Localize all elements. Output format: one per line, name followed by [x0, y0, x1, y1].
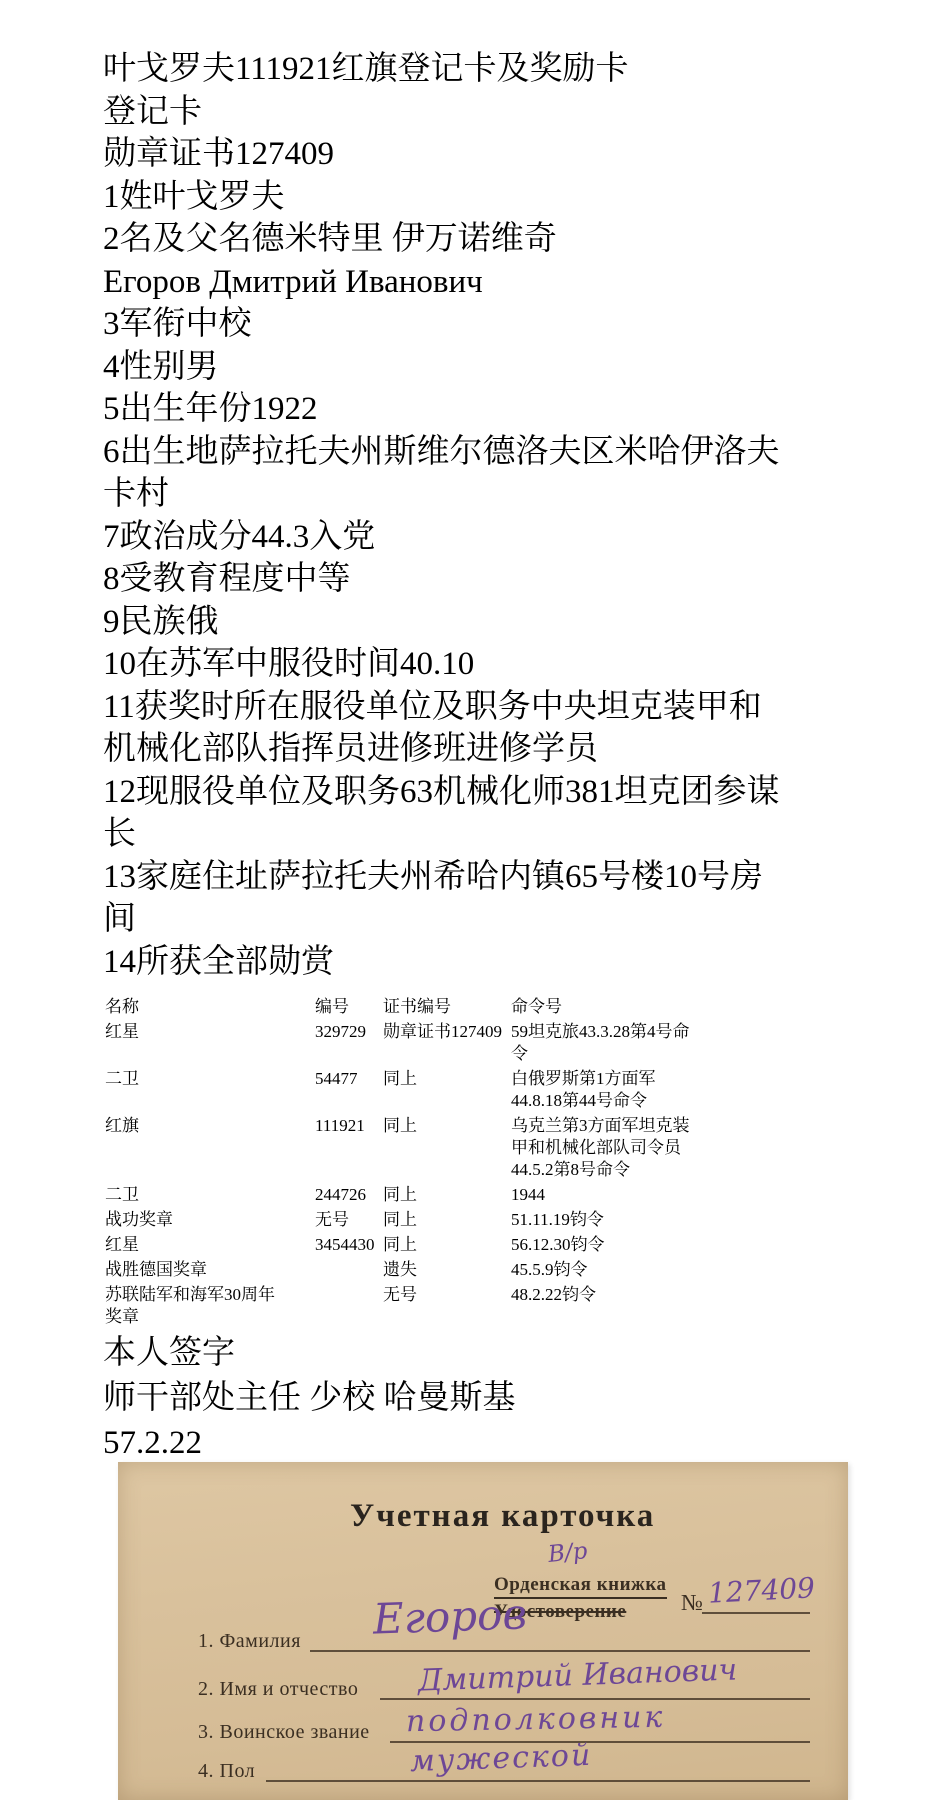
scanned-card-image: Учетная карточка В/р Орденская книжка Уд… — [118, 1462, 848, 1800]
doc-line-certificate-number: 勋章证书127409 — [103, 133, 891, 176]
award-certificate: 无号 — [383, 1284, 511, 1328]
table-row: 红星 329729 勋章证书127409 59坦克旅43.3.28第4号命 令 — [105, 1021, 891, 1065]
award-certificate: 同上 — [383, 1115, 511, 1181]
card-field-label-surname: 1. Фамилия — [198, 1630, 301, 1653]
table-row: 红星 3454430 同上 56.12.30钧令 — [105, 1234, 891, 1256]
award-number: 无号 — [315, 1209, 383, 1231]
award-name: 二卫 — [105, 1068, 315, 1112]
page: { "document": { "lines": [ "叶戈罗夫111921红旗… — [0, 0, 946, 1800]
award-number: 111921 — [315, 1115, 383, 1181]
award-order: 48.2.22钧令 — [511, 1284, 746, 1328]
award-order: 56.12.30钧令 — [511, 1234, 746, 1256]
award-order: 51.11.19钧令 — [511, 1209, 746, 1231]
award-order: 乌克兰第3方面军坦克装 甲和机械化部队司令员 44.5.2第8号命令 — [511, 1115, 746, 1181]
award-name: 战功奖章 — [105, 1209, 315, 1231]
award-certificate: 同上 — [383, 1068, 511, 1112]
award-certificate: 遗失 — [383, 1259, 511, 1281]
card-field-value-rank: подполковник — [406, 1700, 666, 1740]
award-order: 白俄罗斯第1方面军 44.8.18第44号命令 — [511, 1068, 746, 1112]
ruled-line — [266, 1780, 810, 1782]
doc-line-birth-place: 6出生地萨拉托夫州斯维尔德洛夫区米哈伊洛夫 卡村 — [103, 431, 891, 516]
officer-signature-line: 师干部处主任 少校 哈曼斯基 — [103, 1376, 891, 1421]
signature-date: 57.2.22 — [103, 1421, 891, 1466]
doc-line-current-unit: 12现服役单位及职务63机械化师381坦克团参谋 长 — [103, 771, 891, 856]
award-certificate: 同上 — [383, 1234, 511, 1256]
award-order: 45.5.9钧令 — [511, 1259, 746, 1281]
table-row: 战胜德国奖章 遗失 45.5.9钧令 — [105, 1259, 891, 1281]
awards-table-header-row: 名称 编号 证书编号 命令号 — [105, 996, 891, 1018]
award-number: 54477 — [315, 1068, 383, 1112]
table-row: 二卫 244726 同上 1944 — [105, 1184, 891, 1206]
award-name: 二卫 — [105, 1184, 315, 1206]
award-name: 红星 — [105, 1234, 315, 1256]
doc-line-rank: 3军衔中校 — [103, 303, 891, 346]
award-number: 329729 — [315, 1021, 383, 1065]
awards-header-name: 名称 — [105, 996, 315, 1018]
award-name: 红星 — [105, 1021, 315, 1065]
doc-line-russian-name: Егоров Дмитрий Иванович — [103, 261, 891, 304]
award-order: 1944 — [511, 1184, 746, 1206]
award-certificate: 勋章证书127409 — [383, 1021, 511, 1065]
translated-text-block: 叶戈罗夫111921红旗登记卡及奖励卡 登记卡 勋章证书127409 1姓叶戈罗… — [0, 0, 946, 1466]
table-row: 苏联陆军和海军30周年 奖章 无号 48.2.22钧令 — [105, 1284, 891, 1328]
card-field-label-rank: 3. Воинское звание — [198, 1721, 370, 1744]
card-title: Учетная карточка — [350, 1498, 655, 1535]
doc-line-sex: 4性别男 — [103, 346, 891, 389]
doc-line-unit-at-award: 11获奖时所在服役单位及职务中央坦克装甲和 机械化部队指挥员进修班进修学员 — [103, 686, 891, 771]
card-number-handwritten: 127409 — [707, 1571, 815, 1610]
award-number — [315, 1284, 383, 1328]
card-field-value-name: Дмитрий Иванович — [417, 1652, 737, 1698]
award-number: 244726 — [315, 1184, 383, 1206]
doc-line-card-type: 登记卡 — [103, 91, 891, 134]
award-name: 苏联陆军和海军30周年 奖章 — [105, 1284, 315, 1328]
awards-header-certificate: 证书编号 — [383, 996, 511, 1018]
doc-line-birth-year: 5出生年份1922 — [103, 388, 891, 431]
award-name: 战胜德国奖章 — [105, 1259, 315, 1281]
ruled-line — [702, 1612, 810, 1614]
number-sign: № — [681, 1590, 703, 1616]
award-number: 3454430 — [315, 1234, 383, 1256]
doc-line-name-patronymic: 2名及父名德米特里 伊万诺维奇 — [103, 218, 891, 261]
card-field-label-sex: 4. Пол — [198, 1760, 255, 1783]
awards-header-number: 编号 — [315, 996, 383, 1018]
card-field-value-sex: мужеской — [409, 1738, 592, 1779]
award-name: 红旗 — [105, 1115, 315, 1181]
award-order: 59坦克旅43.3.28第4号命 令 — [511, 1021, 746, 1065]
doc-line-party: 7政治成分44.3入党 — [103, 516, 891, 559]
award-certificate: 同上 — [383, 1184, 511, 1206]
award-certificate: 同上 — [383, 1209, 511, 1231]
doc-line-surname: 1姓叶戈罗夫 — [103, 176, 891, 219]
table-row: 战功奖章 无号 同上 51.11.19钧令 — [105, 1209, 891, 1231]
card-field-value-surname: Егоров — [372, 1589, 527, 1643]
ruled-line — [380, 1698, 810, 1700]
award-number — [315, 1259, 383, 1281]
doc-line-education: 8受教育程度中等 — [103, 558, 891, 601]
doc-line-service-since: 10在苏军中服役时间40.10 — [103, 643, 891, 686]
self-signature-label: 本人签字 — [103, 1331, 891, 1376]
doc-line-home-address: 13家庭住址萨拉托夫州希哈内镇65号楼10号房 间 — [103, 856, 891, 941]
awards-table: 名称 编号 证书编号 命令号 红星 329729 勋章证书127409 59坦克… — [105, 996, 891, 1328]
table-row: 红旗 111921 同上 乌克兰第3方面军坦克装 甲和机械化部队司令员 44.5… — [105, 1115, 891, 1181]
doc-line-title: 叶戈罗夫111921红旗登记卡及奖励卡 — [103, 48, 891, 91]
doc-line-nationality: 9民族俄 — [103, 601, 891, 644]
card-field-label-name: 2. Имя и отчество — [198, 1678, 358, 1701]
table-row: 二卫 54477 同上 白俄罗斯第1方面军 44.8.18第44号命令 — [105, 1068, 891, 1112]
awards-header-order: 命令号 — [511, 996, 746, 1018]
ink-correction-note: В/р — [547, 1538, 589, 1568]
doc-line-all-awards: 14所获全部勋赏 — [103, 941, 891, 984]
